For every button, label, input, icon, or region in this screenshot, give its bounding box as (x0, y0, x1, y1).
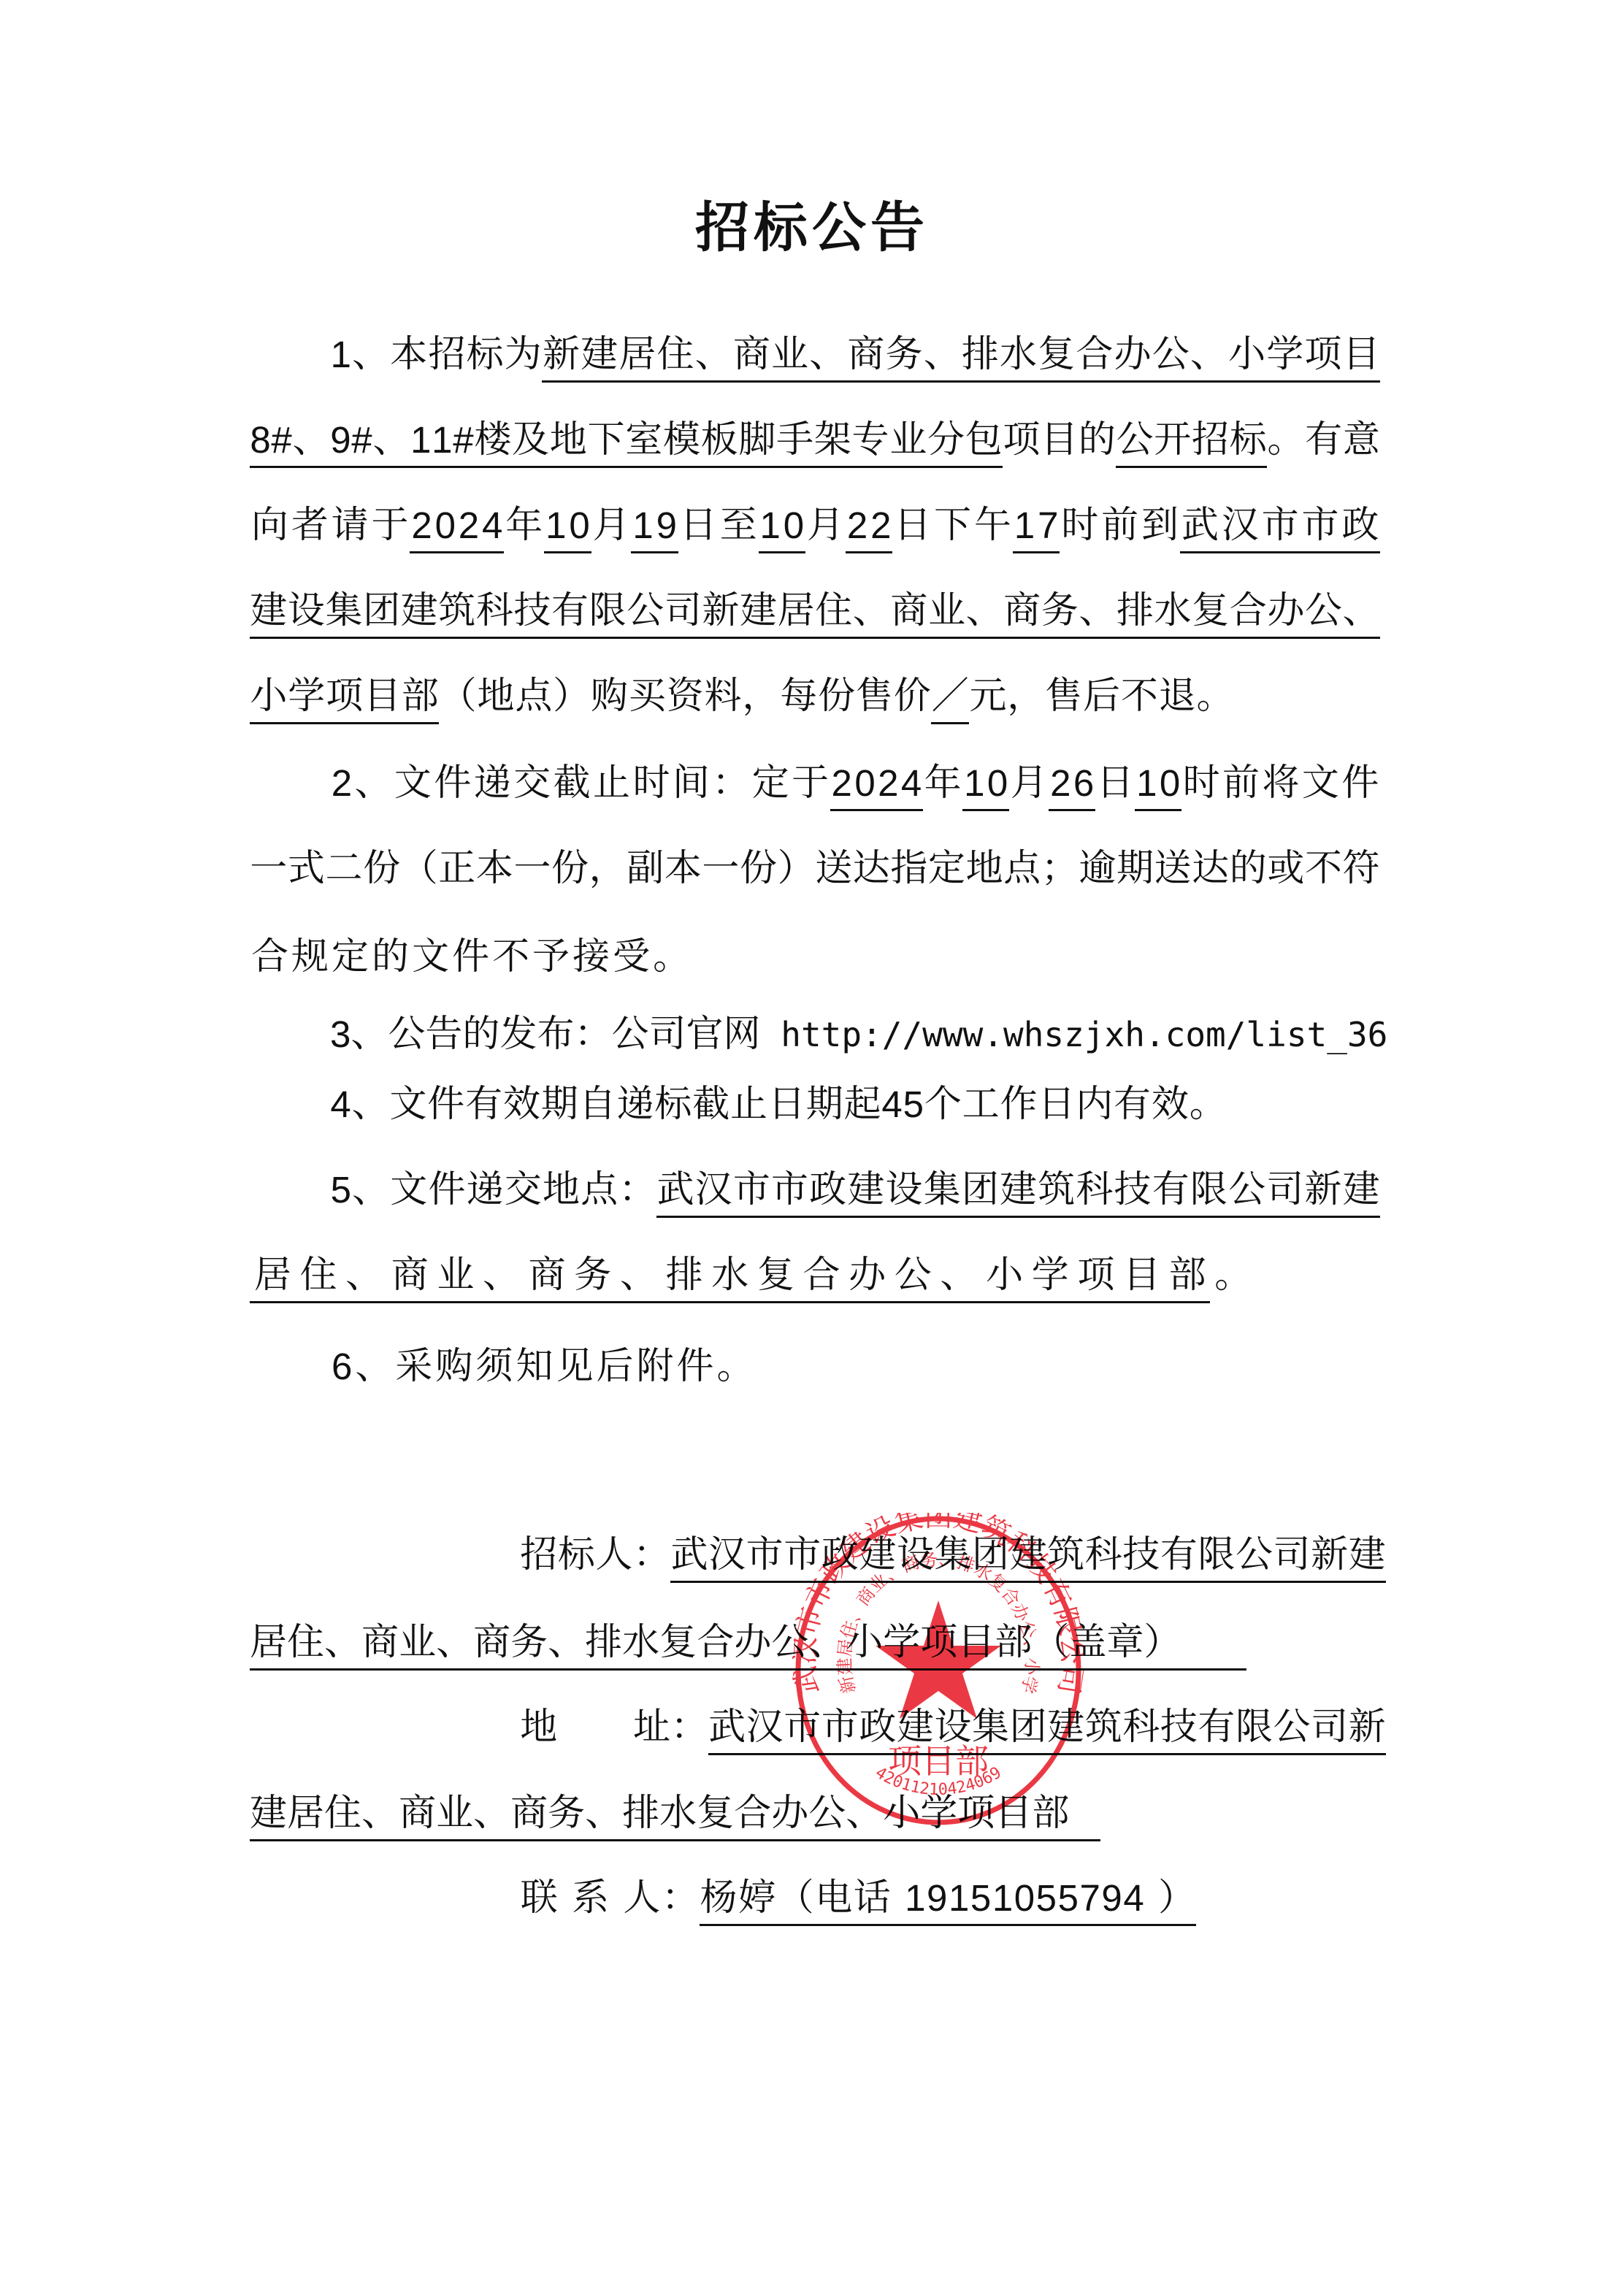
underlined-field-char: 、 (694, 332, 732, 383)
text-char: ： (618, 1167, 656, 1218)
text-line-s2-l2: 一式二份（正本一份，副本一份）送达指定地点；逾期送达的或不符 (250, 848, 1380, 897)
underlined-field-char: 、 (324, 1620, 361, 1671)
text-char: h (781, 1012, 801, 1062)
underlined-field-char: 1 (759, 503, 782, 553)
underlined-field-char: 办 (1267, 588, 1305, 639)
underlined-field-char: 、 (846, 1791, 883, 1841)
underlined-field-char: 务 (885, 332, 923, 383)
text-char: 联 (520, 1876, 559, 1926)
underlined-field-char: 商 (732, 332, 770, 383)
underlined-field-char: 水 (707, 1253, 753, 1303)
text-char: 交 (512, 761, 551, 811)
text-char: 止 (591, 761, 631, 811)
text-char: 退 (1158, 674, 1196, 724)
text-char: t (1307, 1012, 1328, 1062)
underlined-field-char: 4 (900, 761, 923, 811)
text-char: 起 (843, 1082, 881, 1132)
underlined-field-char: ） (1157, 1876, 1196, 1926)
text-line-sig-bidder-l1: 招标人：武汉市市政建设集团建筑科技有限公司新建 (520, 1535, 1386, 1583)
underlined-field-char: 水 (622, 1620, 659, 1671)
page-title: 招标公告 (0, 191, 1624, 264)
underlined-field-char: 汉 (1220, 503, 1260, 553)
underlined-field-char: 务 (570, 1253, 616, 1303)
text-char: 递 (472, 761, 512, 811)
text-char: 时 (1060, 503, 1100, 553)
underlined-field-char: 公 (1236, 1533, 1273, 1583)
underlined-field-char: 1 (948, 1876, 970, 1926)
text-char: 止 (730, 1082, 768, 1132)
underlined-field-char: 有 (1160, 1533, 1198, 1583)
underlined-field-char: 务 (1041, 588, 1079, 639)
text-char: 份 (818, 674, 856, 724)
underlined-field-char: 排 (585, 1620, 622, 1671)
text-char: 自 (578, 1082, 616, 1132)
text-line-s1-l2: 8#、9#、11#楼及地下室模板脚手架专业分包项目的公开招标。有意 (250, 420, 1380, 468)
text-char: 的 (462, 1012, 499, 1062)
text-char: 为 (504, 332, 542, 383)
text-char: 定 (928, 846, 966, 897)
underlined-field-char: 7 (1036, 503, 1060, 553)
underlined-field-char: 设 (897, 1533, 935, 1583)
underlined-field-char: 、 (436, 1620, 473, 1671)
underlined-field-char: 、 (923, 332, 961, 383)
text-char: w (963, 1012, 984, 1062)
text-char: 料 (704, 674, 742, 724)
underlined-field-char: 集 (325, 588, 363, 639)
underlined-field-char: 9 (330, 418, 351, 468)
text-char: 一 (250, 846, 288, 897)
underlined-field-char: 团 (961, 1167, 999, 1218)
underlined-field-char: 婷 (738, 1876, 776, 1926)
text-char: i (1266, 1012, 1287, 1062)
text-char: 有 (1114, 1082, 1152, 1132)
text-char: ， (742, 674, 780, 724)
underlined-field-char: 市 (732, 1167, 770, 1218)
underlined-field-char: （ (776, 1876, 815, 1926)
text-char: 件 (451, 935, 491, 982)
text-char: 、 (353, 1344, 394, 1392)
text-char: 公 (388, 1012, 425, 1062)
text-char: 招 (428, 332, 466, 383)
text-char: m (1206, 1012, 1226, 1062)
underlined-field-char: 0 (567, 503, 591, 553)
underlined-field-char: 2 (846, 503, 869, 553)
underlined-field-char: 商 (890, 588, 928, 639)
underlined-field-char: 、 (853, 588, 891, 639)
underlined-field-char: 章 (1106, 1620, 1144, 1671)
underlined-field-char: ） (1144, 1620, 1181, 1671)
text-char: 、 (351, 1012, 388, 1062)
underlined-field-char: 楼 (474, 418, 512, 468)
text-char: 午 (973, 503, 1013, 553)
underlined-field-char: 居 (777, 588, 815, 639)
text-char: 发 (499, 1012, 537, 1062)
text-char: 的 (1078, 418, 1116, 468)
underlined-field-char: 建 (1047, 1705, 1085, 1755)
text-char: 时 (1181, 761, 1221, 811)
text-char: x (1105, 1012, 1125, 1062)
underlined-field-char: 建 (847, 1167, 885, 1218)
underlined-field-char: 商 (510, 1791, 548, 1841)
text-char: 标 (558, 1533, 596, 1583)
underlined-field-char: 政 (1340, 503, 1380, 553)
text-char: 、 (352, 1167, 390, 1218)
text-char: ： (633, 1533, 671, 1583)
underlined-field-char: 公 (771, 1620, 808, 1671)
text-char: 者 (290, 503, 330, 553)
underlined-field-char: 项 (326, 674, 364, 724)
text-char: 接 (571, 935, 611, 982)
underlined-field-char: 建 (1342, 1167, 1380, 1218)
underlined-field-char: 0 (986, 761, 1009, 811)
text-char: 一 (513, 846, 551, 897)
text-char: （ (400, 846, 438, 897)
text-char: 每 (780, 674, 818, 724)
text-char: 司 (649, 1012, 686, 1062)
text-char: 日 (767, 1082, 805, 1132)
underlined-field-char: 及 (512, 418, 550, 468)
text-char: / (1226, 1012, 1246, 1062)
underlined-field-char: 建 (250, 1791, 287, 1841)
text-char: / (882, 1012, 903, 1062)
underlined-field-char: 商 (1003, 588, 1041, 639)
underlined-field-char: 办 (771, 1791, 808, 1841)
text-char: 、 (351, 1082, 389, 1132)
underlined-field-char: 2 (869, 503, 892, 553)
text-char: 3 (330, 1012, 351, 1062)
underlined-field-char: 业 (433, 1253, 479, 1303)
text-char: 件 (433, 761, 472, 811)
underlined-field-char: 水 (999, 332, 1037, 383)
underlined-field-char: 技 (1122, 1533, 1160, 1583)
underlined-field-char (1145, 1876, 1158, 1926)
underlined-field-char: 有 (1152, 1167, 1190, 1218)
text-char: 地 (520, 1705, 558, 1755)
text-char: 效 (1151, 1082, 1189, 1132)
underlined-field-char: 业 (399, 1620, 436, 1671)
text-line-sig-contact: 联 系 人：杨婷（电话 19151055794 ） (520, 1878, 1196, 1926)
underlined-field-char: 部 (995, 1620, 1032, 1671)
text-char: 作 (1000, 1082, 1038, 1132)
text-char: p (841, 1012, 862, 1062)
text-char: 人 (595, 1533, 633, 1583)
text-char: 逾 (1079, 846, 1116, 897)
underlined-field-char: 合 (734, 1791, 771, 1841)
underlined-field-char: 住 (287, 1620, 324, 1671)
text-char: 期 (540, 1082, 578, 1132)
underlined-field-char: 市 (1260, 503, 1301, 553)
text-char: t (821, 1012, 842, 1062)
underlined-field-char: 司 (1273, 1533, 1311, 1583)
underlined-field-char: 0 (434, 503, 457, 553)
underlined-field-char: 目 (995, 1791, 1032, 1841)
underlined-field-char: 集 (923, 1167, 961, 1218)
text-char: 项 (1003, 418, 1041, 468)
underlined-field-char: 汉 (694, 1167, 732, 1218)
text-line-s1-l1: 1、本招标为新建居住、商业、商务、排水复合办公、小学项目 (330, 334, 1380, 383)
text-char: 售 (856, 674, 894, 724)
text-char: 至 (719, 503, 759, 553)
text-char: 4 (881, 1082, 903, 1132)
underlined-field-char: 司 (1266, 1167, 1304, 1218)
underlined-field-char: 部 (1165, 1253, 1211, 1303)
underlined-field-char: 限 (589, 588, 627, 639)
text-char: 6 (330, 1344, 353, 1392)
underlined-field-char: 建 (581, 332, 618, 383)
text-char: 地 (477, 674, 515, 724)
underlined-field-char: 公 (1116, 418, 1154, 468)
underlined-field-char: 住 (296, 1253, 342, 1303)
text-char: 价 (893, 674, 931, 724)
text-char: 文 (389, 1082, 427, 1132)
underlined-field-char: 、 (808, 1620, 846, 1671)
underlined-field-char: 2 (457, 503, 480, 553)
text-char (595, 1705, 633, 1755)
underlined-field-char: 板 (700, 418, 738, 468)
text-char: 6 (1368, 1012, 1388, 1062)
text-char: 后 (594, 1344, 635, 1392)
text-line-s6-l1: 6、采购须知见后附件。 (330, 1343, 756, 1392)
underlined-field-char: 复 (697, 1791, 734, 1841)
text-char: 。 (1196, 674, 1234, 724)
underlined-field-char: 团 (1009, 1705, 1047, 1755)
underlined-field-char: 2 (830, 761, 854, 811)
text-char: h (1125, 1012, 1145, 1062)
underlined-field-char: 住 (324, 1791, 361, 1841)
underlined-field-char: 、 (1079, 588, 1116, 639)
text-char: 4 (330, 1082, 351, 1132)
text-char: 达 (1192, 846, 1230, 897)
blank-underline (1069, 1791, 1100, 1841)
text-char: 指 (890, 846, 928, 897)
underlined-field-char: 排 (662, 1253, 708, 1303)
text-char: 后 (1083, 674, 1121, 724)
text-char: 份 (740, 846, 778, 897)
text-char: 达 (853, 846, 891, 897)
text-char: 1 (330, 332, 352, 383)
underlined-field-char: 建 (999, 1167, 1037, 1218)
text-char: 个 (924, 1082, 962, 1132)
underlined-field-char: 公 (1152, 332, 1190, 383)
text-char: ， (1007, 674, 1045, 724)
underlined-field-char: 水 (1154, 588, 1192, 639)
text-char: . (1145, 1012, 1165, 1062)
underlined-field-char: 技 (1160, 1705, 1198, 1755)
underlined-field-char: 、 (478, 1253, 524, 1303)
text-char: 地 (965, 846, 1003, 897)
text-char: 请 (330, 503, 370, 553)
underlined-field-char: 室 (625, 418, 663, 468)
underlined-field-char: 7 (1079, 1876, 1101, 1926)
underlined-field-char: 目 (1119, 1253, 1165, 1303)
text-line-s1-l5: 小学项目部（地点）购买资料，每份售价／元，售后不退。 (250, 676, 1234, 724)
text-char: 工 (962, 1082, 1000, 1132)
underlined-field-char: 有 (1198, 1705, 1236, 1755)
text-char: 本 (476, 846, 514, 897)
underlined-field-char: 1 (992, 1876, 1014, 1926)
underlined-field-char: 1 (1013, 503, 1036, 553)
underlined-field-char: 市 (784, 1533, 821, 1583)
underlined-field-char: 模 (663, 418, 701, 468)
underlined-field-char: 市 (770, 1167, 808, 1218)
text-char: 件 (1341, 761, 1380, 811)
text-char: 将 (1261, 761, 1301, 811)
text-char: 告 (425, 1012, 462, 1062)
underlined-field-char: 水 (659, 1791, 697, 1841)
text-char: 采 (394, 1344, 434, 1392)
underlined-field-char: 8 (250, 418, 271, 468)
text-char: 标 (654, 1082, 692, 1132)
underlined-field-char: 居 (250, 1253, 296, 1303)
underlined-field-char: 招 (1192, 418, 1230, 468)
text-char: 副 (627, 846, 664, 897)
underlined-field-char: 业 (889, 418, 927, 468)
text-char: 予 (531, 935, 571, 982)
text-char: 购 (434, 1344, 474, 1392)
underlined-field-char: 商 (361, 1620, 399, 1671)
underlined-field-char: 住 (656, 332, 694, 383)
underlined-field-char: 政 (859, 1705, 897, 1755)
text-char: o (1185, 1012, 1206, 1062)
text-char: 的 (1229, 846, 1267, 897)
underlined-field-char: 设 (288, 588, 326, 639)
text-char: 到 (1140, 503, 1180, 553)
underlined-field-char: 小 (883, 1791, 920, 1841)
underlined-field-char: 4 (1123, 1876, 1145, 1926)
underlined-field-char: 1 (962, 761, 986, 811)
text-char: 址 (633, 1705, 671, 1755)
underlined-field-char: 0 (782, 503, 805, 553)
underlined-field-char: 4 (480, 503, 504, 553)
underlined-field-char: 目 (957, 1620, 995, 1671)
text-char: 目 (1041, 418, 1079, 468)
underlined-field-char: 5 (970, 1876, 992, 1926)
underlined-field-char: 科 (1122, 1705, 1160, 1755)
underlined-field-char: 务 (510, 1620, 548, 1671)
text-char: 意 (1343, 418, 1381, 468)
underlined-field-char: 居 (250, 1620, 287, 1671)
text-char: 月 (805, 503, 846, 553)
text-char: 有 (465, 1082, 503, 1132)
text-char (558, 1705, 596, 1755)
underlined-field-char: 建 (250, 588, 288, 639)
text-char: 份 (551, 846, 589, 897)
underlined-field-char: 汉 (746, 1705, 784, 1755)
underlined-field-char: 公 (1305, 588, 1343, 639)
text-char: 元 (969, 674, 1007, 724)
underlined-field-char: 商 (399, 1791, 436, 1841)
text-char: 5 (903, 1082, 924, 1132)
underlined-field-char: 武 (656, 1167, 694, 1218)
underlined-field-char: 、 (1342, 588, 1380, 639)
underlined-field-char: # (271, 418, 292, 468)
text-char: . (983, 1012, 1003, 1062)
text-char: 前 (1100, 503, 1140, 553)
underlined-field-char: 公 (1227, 1167, 1265, 1218)
text-char: ， (589, 846, 627, 897)
underlined-field-char: 筑 (1038, 1167, 1076, 1218)
text-char: ） (777, 846, 815, 897)
text-char: 文 (410, 935, 451, 982)
underlined-field-char: 2 (876, 761, 900, 811)
text-char: s (1287, 1012, 1307, 1062)
text-char (610, 1876, 623, 1926)
text-char: 日 (1038, 1082, 1076, 1132)
underlined-field-char: 标 (1229, 418, 1267, 468)
underlined-field-char: 商 (847, 332, 885, 383)
underlined-field-char: 居 (618, 332, 656, 383)
underlined-field-char: 办 (844, 1253, 890, 1303)
text-char: ； (1041, 846, 1079, 897)
text-char: 、 (352, 332, 390, 383)
text-char: 5 (330, 1167, 352, 1218)
text-char: 2 (330, 761, 353, 811)
underlined-field-char: 0 (1158, 761, 1181, 811)
text-char: 或 (1267, 846, 1305, 897)
underlined-field-char: 办 (1114, 332, 1152, 383)
underlined-field-char: 1 (432, 418, 453, 468)
underlined-field-char: 排 (961, 332, 999, 383)
underlined-field-char: 新 (1311, 1533, 1349, 1583)
text-char: 公 (611, 1012, 648, 1062)
text-char: 地 (542, 1167, 580, 1218)
underlined-field-char: 、 (372, 418, 410, 468)
text-char: 期 (805, 1082, 843, 1132)
text-char: l (1246, 1012, 1266, 1062)
underlined-field-char: 、 (548, 1620, 585, 1671)
underlined-field-char: 居 (287, 1791, 324, 1841)
text-char: 。 (1210, 1253, 1256, 1303)
text-char: h (1024, 1012, 1044, 1062)
underlined-field-char: 电 (814, 1876, 853, 1926)
underlined-field-char: 公 (808, 1791, 846, 1841)
text-char: ： (711, 761, 751, 811)
underlined-field-char: 设 (934, 1705, 972, 1755)
text-char: 前 (1221, 761, 1260, 811)
underlined-field-char: 5 (1057, 1876, 1079, 1926)
underlined-field-char: 0 (1014, 1876, 1035, 1926)
underlined-field-char: 、 (473, 1791, 510, 1841)
text-char: 效 (503, 1082, 541, 1132)
underlined-field-char: 学 (883, 1620, 920, 1671)
text-char: 须 (474, 1344, 514, 1392)
underlined-field-char: 、 (809, 332, 847, 383)
underlined-field-char: 团 (363, 588, 401, 639)
underlined-field-char: 杨 (700, 1876, 738, 1926)
underlined-field-char: 业 (928, 588, 966, 639)
text-char: / (902, 1012, 922, 1062)
underlined-field-char: 1 (904, 1876, 926, 1926)
underlined-field-char: 部 (401, 674, 439, 724)
underlined-field-char: 下 (587, 418, 625, 468)
text-char: 交 (504, 1167, 542, 1218)
underlined-field-char: 小 (1227, 332, 1265, 383)
text-char: 年 (923, 761, 962, 811)
underlined-field-char: 脚 (738, 418, 776, 468)
text-char: 。 (716, 1344, 756, 1392)
text-char: 件 (675, 1344, 716, 1392)
text-char: 不 (491, 935, 531, 982)
text-char: w (922, 1012, 943, 1062)
text-char (761, 1012, 781, 1062)
underlined-field-char: 项 (1304, 332, 1342, 383)
underlined-field-char: 技 (1114, 1167, 1152, 1218)
text-char: 点 (1003, 846, 1041, 897)
underlined-field-char: 、 (341, 1253, 387, 1303)
text-line-s2-l3: 合规定的文件不予接受。 (250, 934, 692, 982)
underlined-field-char: 集 (972, 1705, 1010, 1755)
underlined-field-char: 包 (965, 418, 1003, 468)
